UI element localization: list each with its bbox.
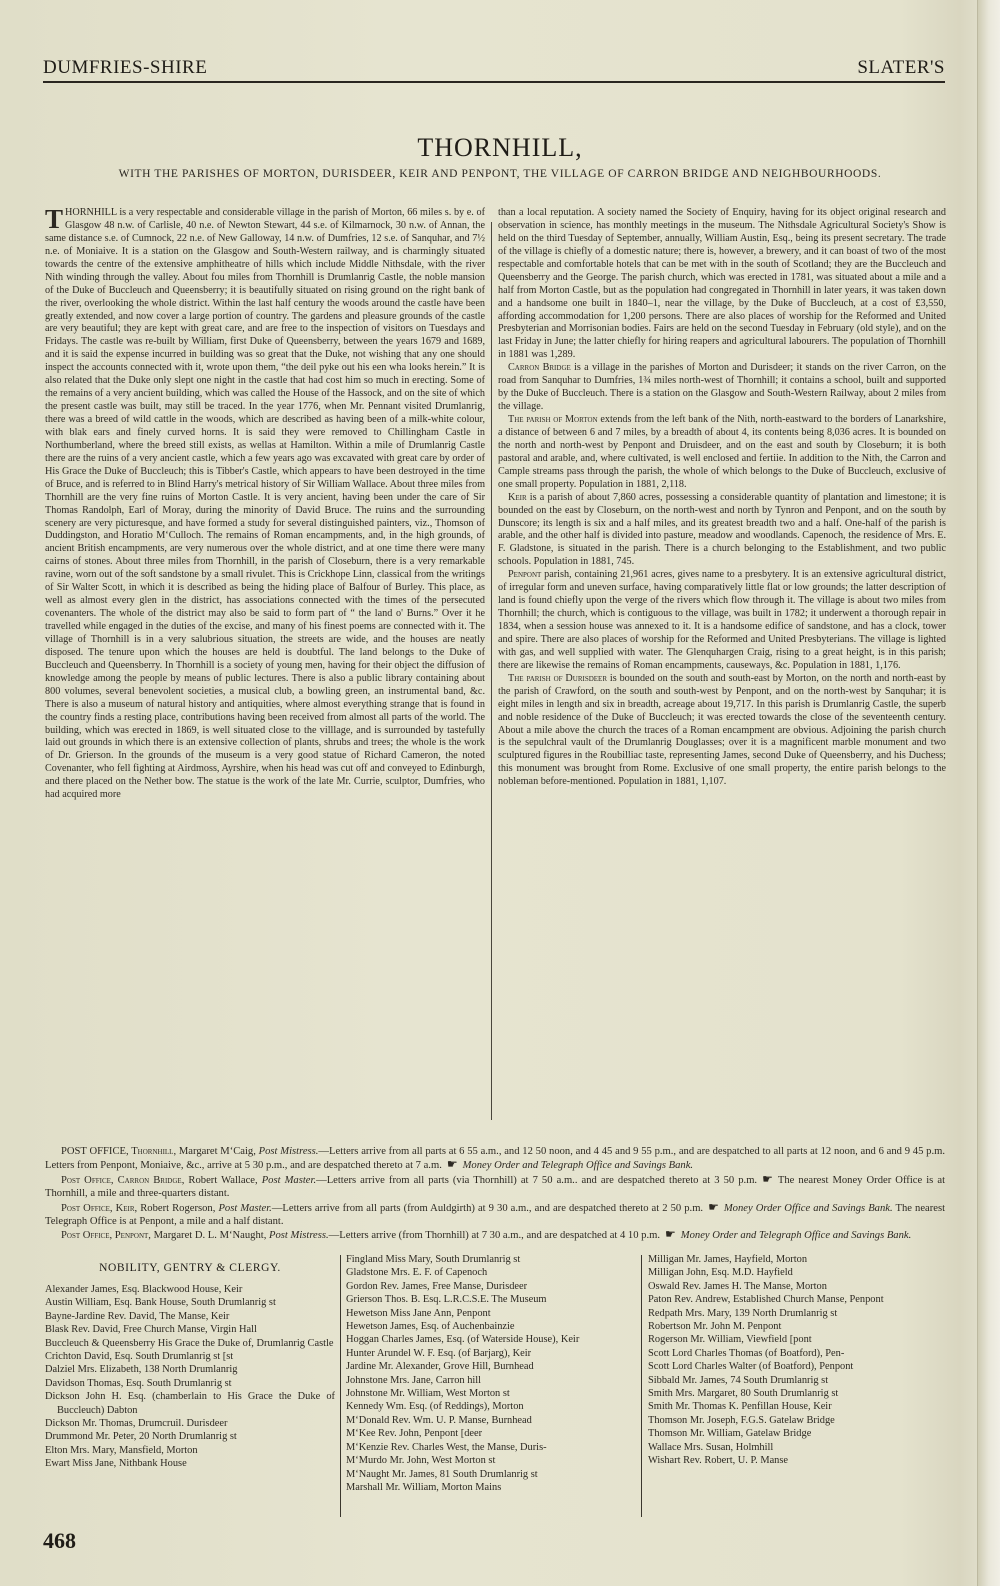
directory-entry: Fingland Miss Mary, South Drumlanrig st: [346, 1253, 636, 1266]
directory-column-rule: [641, 1255, 642, 1517]
directory-entry: Elton Mrs. Mary, Mansfield, Morton: [45, 1444, 335, 1457]
post-office-entry: Post Office, Penpont, Margaret D. L. M‘N…: [45, 1228, 945, 1242]
post-office-entry: Post Office, Carron Bridge, Robert Walla…: [45, 1173, 945, 1201]
book-page: DUMFRIES-SHIRE SLATER'S THORNHILL, WITH …: [0, 0, 1000, 1586]
directory-entry: Jardine Mr. Alexander, Grove Hill, Burnh…: [346, 1360, 636, 1373]
directory-entry: Smith Mr. Thomas K. Penfillan House, Kei…: [648, 1400, 943, 1413]
directory-column-3: Milligan Mr. James, Hayfield, Morton Mil…: [648, 1253, 943, 1468]
directory-entry: Milligan John, Esq. M.D. Hayfield: [648, 1266, 943, 1279]
directory-entry: M‘Naught Mr. James, 81 South Drumlanrig …: [346, 1468, 636, 1481]
pointing-hand-icon: ☛: [665, 1227, 676, 1241]
directory-column-rule: [340, 1255, 341, 1517]
post-office-entry: POST OFFICE, Thornhill, Margaret M‘Caig,…: [45, 1145, 945, 1173]
pointing-hand-icon: ☛: [708, 1200, 719, 1214]
directory-entry: Sibbald Mr. James, 74 South Drumlanrig s…: [648, 1374, 943, 1387]
directory-entry: Austin William, Esq. Bank House, South D…: [45, 1296, 335, 1309]
directory-entry: Hewetson Miss Jane Ann, Penpont: [346, 1307, 636, 1320]
directory-entry: Grierson Thos. B. Esq. L.R.C.S.E. The Mu…: [346, 1293, 636, 1306]
directory-entry: Smith Mrs. Margaret, 80 South Drumlanrig…: [648, 1387, 943, 1400]
directory-entry: Bayne-Jardine Rev. David, The Manse, Kei…: [45, 1310, 335, 1323]
directory-entry: Buccleuch & Queensberry His Grace the Du…: [45, 1337, 335, 1350]
page-number: 468: [43, 1528, 76, 1554]
paragraph-keir: Keir is a parish of about 7,860 acres, p…: [498, 492, 946, 570]
directory-entry: Kennedy Wm. Esq. (of Reddings), Morton: [346, 1400, 636, 1413]
directory-entry: Dickson John H. Esq. (chamberlain to His…: [45, 1390, 335, 1417]
directory-entry: Wallace Mrs. Susan, Holmhill: [648, 1441, 943, 1454]
directory-entry: M‘Murdo Mr. John, West Morton st: [346, 1454, 636, 1467]
directory-entry: Paton Rev. Andrew, Established Church Ma…: [648, 1293, 943, 1306]
running-head-county: DUMFRIES-SHIRE: [43, 57, 207, 79]
left-text-column: THORNHILL is a very respectable and cons…: [45, 207, 485, 1127]
directory-entry: Oswald Rev. James H. The Manse, Morton: [648, 1280, 943, 1293]
directory-entry: Marshall Mr. William, Morton Mains: [346, 1481, 636, 1494]
directory-entry: Dickson Mr. Thomas, Drumcruil. Durisdeer: [45, 1417, 335, 1430]
directory-entry: Drummond Mr. Peter, 20 North Drumlanrig …: [45, 1430, 335, 1443]
running-head: DUMFRIES-SHIRE SLATER'S: [43, 55, 945, 79]
directory-column-2: Fingland Miss Mary, South Drumlanrig st …: [346, 1253, 636, 1494]
column-divider: [491, 222, 492, 1120]
directory-entry: Davidson Thomas, Esq. South Drumlanrig s…: [45, 1377, 335, 1390]
directory-entry: Blask Rev. David, Free Church Manse, Vir…: [45, 1323, 335, 1336]
directory-entry: Ewart Miss Jane, Nithbank House: [45, 1457, 335, 1470]
directory-column-1: Alexander James, Esq. Blackwood House, K…: [45, 1283, 335, 1471]
paragraph-thornhill-continued: than a local reputation. A society named…: [498, 207, 946, 362]
page-title: THORNHILL,: [0, 133, 1000, 163]
directory-entry: Milligan Mr. James, Hayfield, Morton: [648, 1253, 943, 1266]
directory-entry: Hunter Arundel W. F. Esq. (of Barjarg), …: [346, 1347, 636, 1360]
directory-entry: Thomson Mr. William, Gatelaw Bridge: [648, 1427, 943, 1440]
directory-entry: M‘Kee Rev. John, Penpont [deer: [346, 1427, 636, 1440]
pointing-hand-icon: ☛: [447, 1157, 458, 1171]
intro-paragraph: THORNHILL is a very respectable and cons…: [45, 207, 485, 802]
paragraph-carron-bridge: Carron Bridge is a village in the parish…: [498, 362, 946, 414]
directory-entry: Redpath Mrs. Mary, 139 North Drumlanrig …: [648, 1307, 943, 1320]
directory-entry: Hewetson James, Esq. of Auchenbainzie: [346, 1320, 636, 1333]
directory-heading: NOBILITY, GENTRY & CLERGY.: [45, 1262, 335, 1274]
directory-entry: Robertson Mr. John M. Penpont: [648, 1320, 943, 1333]
page-subtitle: WITH THE PARISHES OF MORTON, DURISDEER, …: [100, 166, 900, 183]
directory-entry: Thomson Mr. Joseph, F.G.S. Gatelaw Bridg…: [648, 1414, 943, 1427]
running-head-publisher: SLATER'S: [857, 57, 945, 79]
directory-entry: Wishart Rev. Robert, U. P. Manse: [648, 1454, 943, 1467]
directory-entry: Crichton David, Esq. South Drumlanrig st…: [45, 1350, 335, 1363]
directory-entry: Dalziel Mrs. Elizabeth, 138 North Drumla…: [45, 1363, 335, 1376]
right-text-column: than a local reputation. A society named…: [498, 207, 946, 1127]
paragraph-durisdeer: The parish of Durisdeer is bounded on th…: [498, 673, 946, 789]
drop-cap: T: [45, 208, 63, 230]
paragraph-morton: The parish of Morton extends from the le…: [498, 414, 946, 492]
page-gutter: [978, 0, 1000, 1586]
directory-entry: Hoggan Charles James, Esq. (of Waterside…: [346, 1333, 636, 1346]
directory-entry: M‘Kenzie Rev. Charles West, the Manse, D…: [346, 1441, 636, 1454]
directory-entry: Rogerson Mr. William, Viewfield [pont: [648, 1333, 943, 1346]
directory-entry: Scott Lord Charles Thomas (of Boatford),…: [648, 1347, 943, 1360]
post-office-entry: Post Office, Keir, Robert Rogerson, Post…: [45, 1201, 945, 1229]
post-office-section: POST OFFICE, Thornhill, Margaret M‘Caig,…: [45, 1145, 945, 1243]
directory-entry: Johnstone Mrs. Jane, Carron hill: [346, 1374, 636, 1387]
directory-entry: Scott Lord Charles Walter (of Boatford),…: [648, 1360, 943, 1373]
directory-entry: Gladstone Mrs. E. F. of Capenoch: [346, 1266, 636, 1279]
directory-entry: Alexander James, Esq. Blackwood House, K…: [45, 1283, 335, 1296]
directory-entry: M‘Donald Rev. Wm. U. P. Manse, Burnhead: [346, 1414, 636, 1427]
pointing-hand-icon: ☛: [762, 1172, 773, 1186]
directory-entry: Gordon Rev. James, Free Manse, Durisdeer: [346, 1280, 636, 1293]
directory-entry: Johnstone Mr. William, West Morton st: [346, 1387, 636, 1400]
intro-paragraph-text: HORNHILL is a very respectable and consi…: [45, 207, 485, 800]
paragraph-penpont: Penpont parish, containing 21,961 acres,…: [498, 569, 946, 673]
header-rule: [43, 81, 945, 83]
